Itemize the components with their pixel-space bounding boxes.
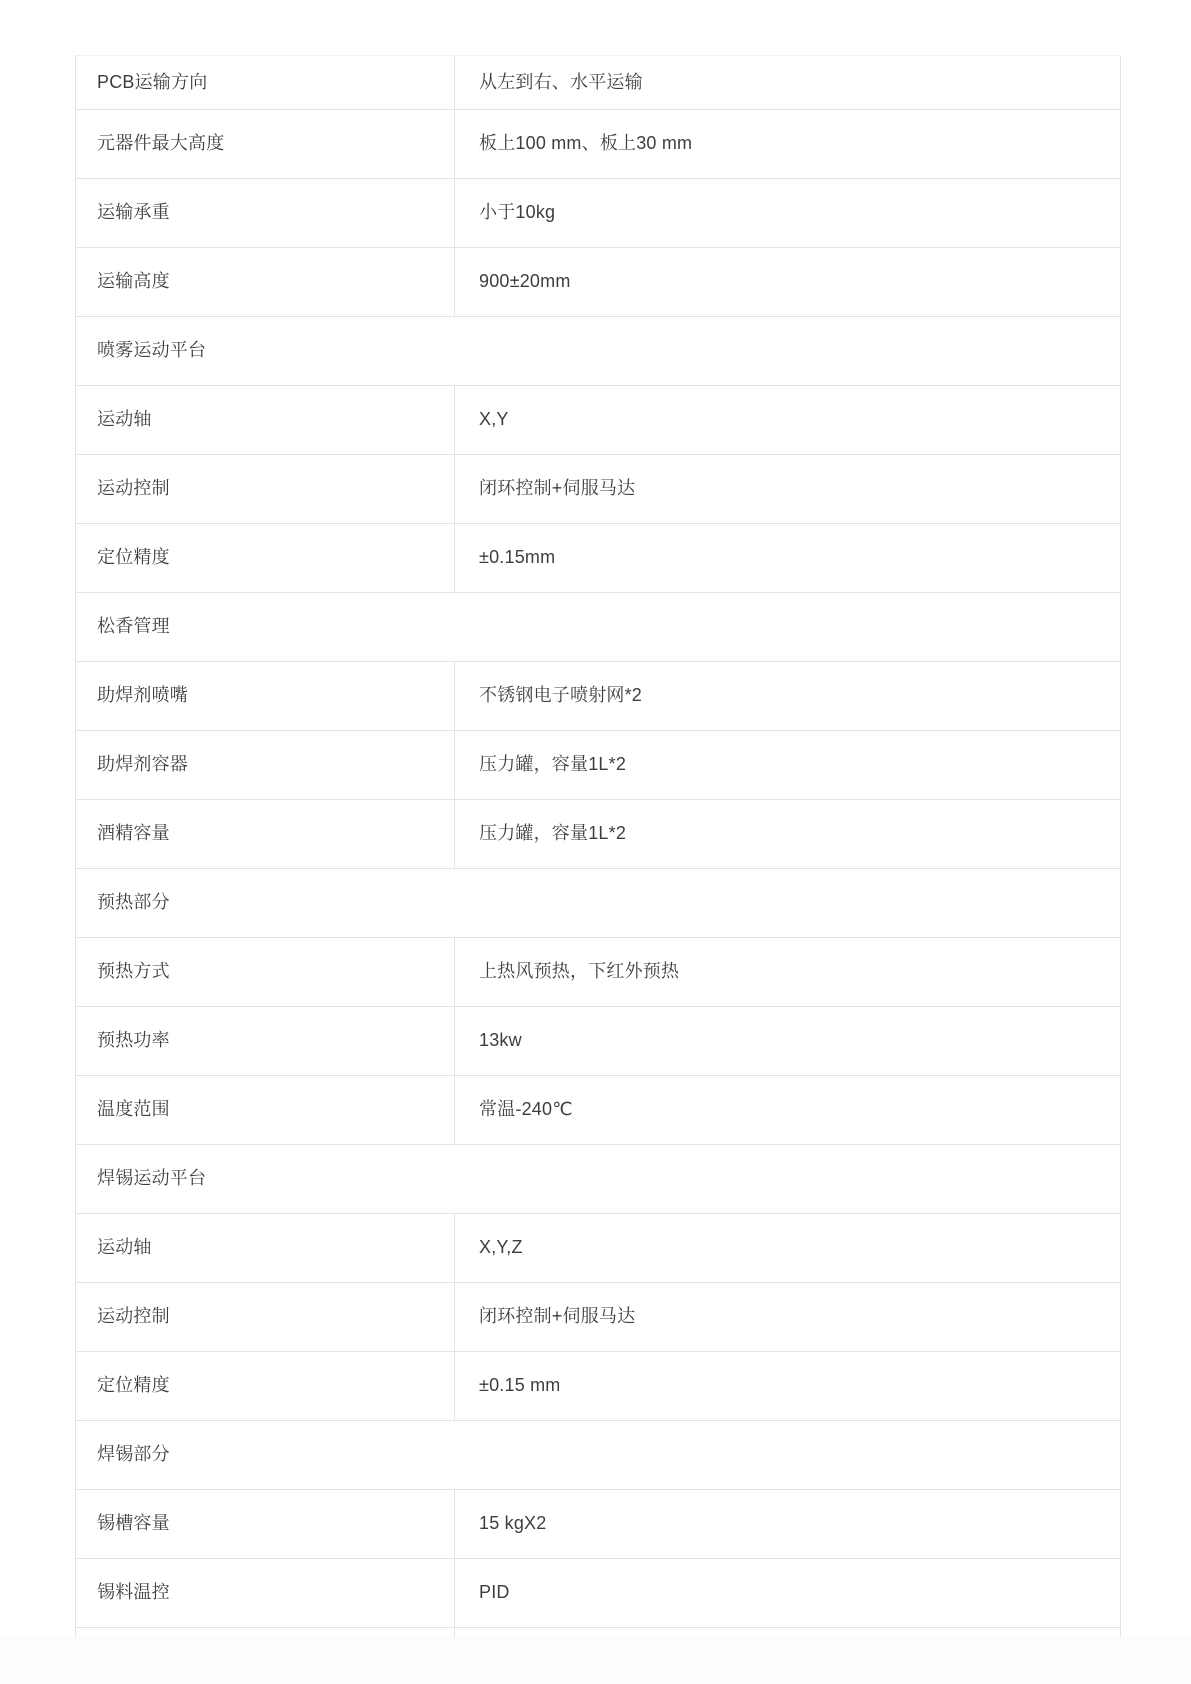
row-value: 闭环控制+伺服马达 [455,1283,1120,1351]
table-row: 运动轴X,Y,Z [76,1214,1120,1283]
row-value: 15 kgX2 [455,1490,1120,1558]
row-value: 压力罐，容量1L*2 [455,731,1120,799]
row-value: 板上100 mm、板上30 mm [455,110,1120,178]
page-bottom-area [0,1637,1191,1684]
row-label: PCB运输方向 [76,56,455,109]
section-header-row: 焊锡部分 [76,1421,1120,1490]
row-label: 运动控制 [76,1283,455,1351]
row-label: 温度范围 [76,1076,455,1144]
row-value: 闭环控制+伺服马达 [455,455,1120,523]
section-header-row: 焊锡运动平台 [76,1145,1120,1214]
row-label: 助焊剂容器 [76,731,455,799]
page: PCB运输方向从左到右、水平运输元器件最大高度板上100 mm、板上30 mm运… [0,0,1191,1684]
table-row: 预热功率13kw [76,1007,1120,1076]
row-value: 小于10kg [455,179,1120,247]
row-label: 运动控制 [76,455,455,523]
row-label: 预热方式 [76,938,455,1006]
row-label: 运动轴 [76,386,455,454]
section-title: 预热部分 [76,869,1120,937]
row-value: 从左到右、水平运输 [455,56,1120,109]
row-value: ±0.15 mm [455,1352,1120,1420]
row-label: 运输承重 [76,179,455,247]
row-value: 13kw [455,1007,1120,1075]
row-label: 预热功率 [76,1007,455,1075]
row-label: 定位精度 [76,524,455,592]
table-row: PCB运输方向从左到右、水平运输 [76,56,1120,110]
row-label: 锡槽容量 [76,1490,455,1558]
table-row: 助焊剂喷嘴不锈钢电子喷射网*2 [76,662,1120,731]
row-label: 助焊剂喷嘴 [76,662,455,730]
spec-table: PCB运输方向从左到右、水平运输元器件最大高度板上100 mm、板上30 mm运… [75,55,1121,1661]
table-row: 运动轴X,Y [76,386,1120,455]
table-row: 元器件最大高度板上100 mm、板上30 mm [76,110,1120,179]
row-value: 不锈钢电子喷射网*2 [455,662,1120,730]
section-header-row: 松香管理 [76,593,1120,662]
table-row: 定位精度±0.15 mm [76,1352,1120,1421]
table-row: 定位精度±0.15mm [76,524,1120,593]
row-value: 900±20mm [455,248,1120,316]
row-label: 运输高度 [76,248,455,316]
table-row: 锡槽容量15 kgX2 [76,1490,1120,1559]
row-value: X,Y [455,386,1120,454]
row-value: 上热风预热，下红外预热 [455,938,1120,1006]
row-label: 锡料温控 [76,1559,455,1627]
table-row: 运动控制闭环控制+伺服马达 [76,455,1120,524]
section-title: 松香管理 [76,593,1120,661]
row-value: X,Y,Z [455,1214,1120,1282]
row-value: 常温-240℃ [455,1076,1120,1144]
row-label: 酒精容量 [76,800,455,868]
table-row: 锡料温控PID [76,1559,1120,1628]
row-label: 运动轴 [76,1214,455,1282]
section-header-row: 喷雾运动平台 [76,317,1120,386]
table-row: 助焊剂容器压力罐，容量1L*2 [76,731,1120,800]
section-header-row: 预热部分 [76,869,1120,938]
section-title: 焊锡部分 [76,1421,1120,1489]
table-row: 温度范围常温-240℃ [76,1076,1120,1145]
row-label: 定位精度 [76,1352,455,1420]
section-title: 焊锡运动平台 [76,1145,1120,1213]
table-row: 运输高度900±20mm [76,248,1120,317]
section-title: 喷雾运动平台 [76,317,1120,385]
table-row: 酒精容量压力罐，容量1L*2 [76,800,1120,869]
table-row: 运动控制闭环控制+伺服马达 [76,1283,1120,1352]
table-row: 运输承重小于10kg [76,179,1120,248]
row-value: ±0.15mm [455,524,1120,592]
row-label: 元器件最大高度 [76,110,455,178]
row-value: 压力罐，容量1L*2 [455,800,1120,868]
row-value: PID [455,1559,1120,1627]
table-row: 预热方式上热风预热，下红外预热 [76,938,1120,1007]
